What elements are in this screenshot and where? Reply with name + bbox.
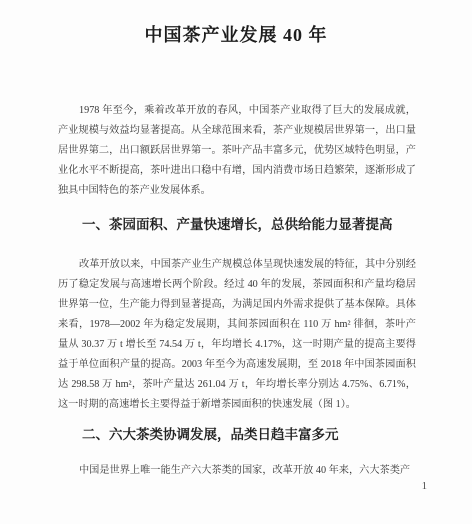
section-2-paragraph: 中国是世界上唯一能生产六大茶类的国家，改革开放 40 年来，六大茶类产: [58, 461, 416, 481]
section-1-heading: 一、茶园面积、产量快速增长，总供给能力显著提高: [58, 217, 416, 233]
document-content: 1978 年至今，乘着改革开放的春风，中国茶产业取得了巨大的发展成就，产业规模与…: [0, 101, 472, 481]
section-2-heading: 二、六大茶类协调发展，品类日趋丰富多元: [58, 427, 416, 443]
page-number: 1: [422, 481, 427, 493]
section-1-paragraph: 改革开放以来，中国茶产业生产规模总体呈现快速发展的特征，其中分别经历了稳定发展与…: [58, 255, 416, 415]
intro-paragraph: 1978 年至今，乘着改革开放的春风，中国茶产业取得了巨大的发展成就，产业规模与…: [58, 101, 416, 201]
document-page: 中国茶产业发展 40 年 1978 年至今，乘着改革开放的春风，中国茶产业取得了…: [0, 0, 472, 524]
document-title: 中国茶产业发展 40 年: [0, 0, 472, 48]
